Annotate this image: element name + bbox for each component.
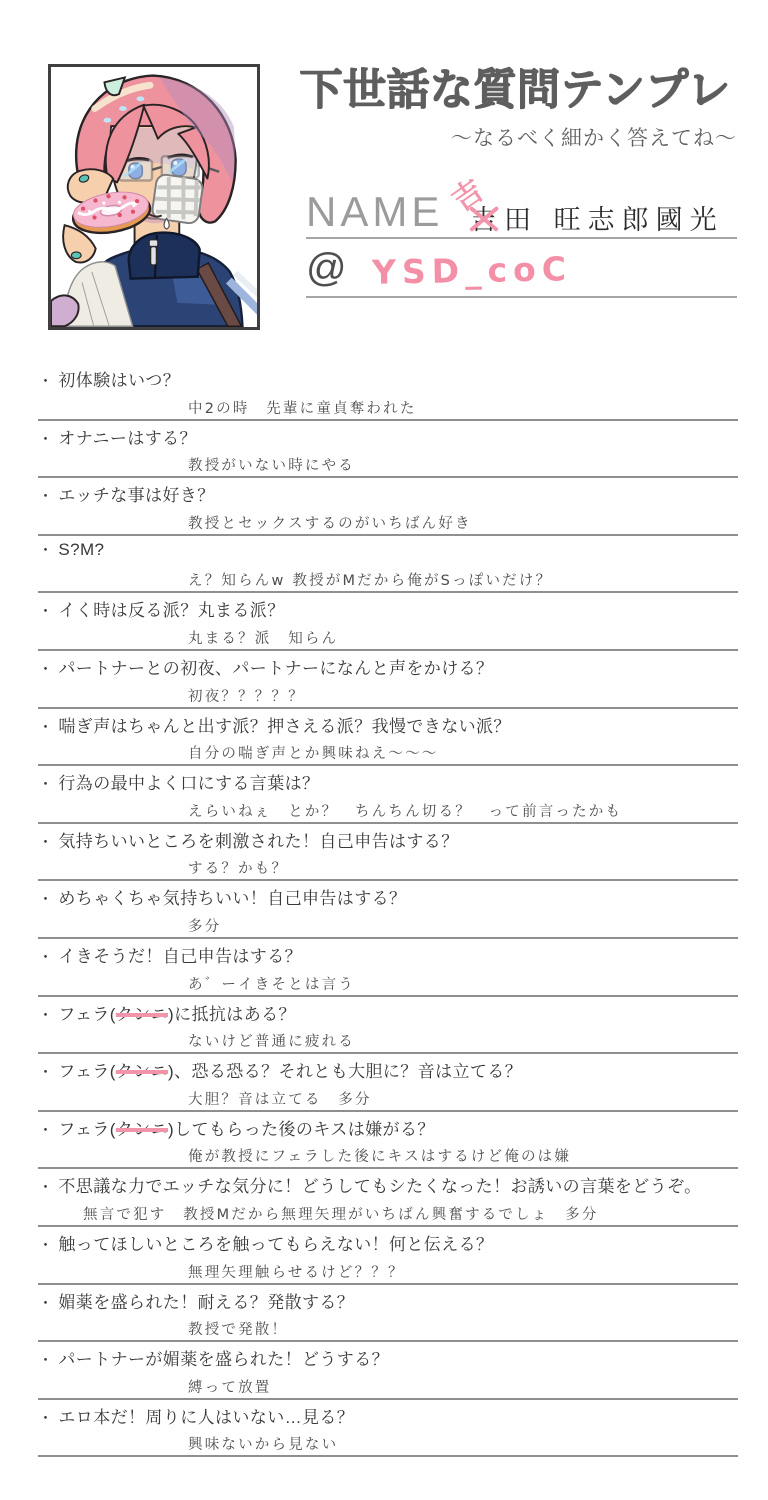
answer-line: えらいねぇ とか？ ちんちん切る？ って前言ったかも [38,804,738,820]
question-text: 喘ぎ声はちゃんと出す派？押さえる派？我慢できない派？ [58,712,510,737]
name-crossed-char: 吉 [470,198,504,237]
question-text: フェラ(クンニ)、恐る恐る？それとも大胆に？音は立てる？ [58,1057,522,1082]
qa-item: ・ フェラ(クンニ)に抵抗はある？ ないけど普通に疲れる [38,997,738,1055]
page-subtitle: 〜なるべく細かく答えてね〜 [451,122,737,152]
question-line: ・ 媚薬を盛られた！耐える？発散する？ [38,1288,738,1313]
question-text: オナニーはする？ [58,424,197,449]
answer-line: 自分の喘ぎ声とか興味ねえ〜〜〜 [38,746,738,762]
question-bullet: ・ [38,1292,53,1313]
answer-line: ないけど普通に疲れる [38,1034,738,1050]
question-text: フェラ(クンニ)に抵抗はある？ [58,1000,296,1025]
question-line: ・ 喘ぎ声はちゃんと出す派？押さえる派？我慢できない派？ [38,712,738,737]
answer-line: 教授で発散！ [38,1322,738,1338]
answer-text: する？かも？ [188,861,288,877]
qa-item: ・ 初体験はいつ？ 中2の時 先輩に童貞奪われた [38,363,738,421]
question-text: イきそうだ！自己申告はする？ [58,942,302,967]
answer-text: 中2の時 先輩に童貞奪われた [188,401,417,417]
answer-line: 初夜？？？？？ [38,689,738,705]
question-line: ・ イく時は反る派？丸まる派？ [38,596,738,621]
qa-item: ・ パートナーが媚薬を盛られた！どうする？ 縛って放置 [38,1342,738,1400]
name-rest: 田 旺志郎國光 [504,205,724,236]
question-bullet: ・ [38,1407,53,1428]
answer-text: 教授とセックスするのがいちばん好き [188,516,472,532]
question-pre: めちゃくちゃ気持ちいい！自己申告はする？ [58,889,406,908]
page-title: 下世話な質問テンプレ [299,56,744,117]
question-bullet: ・ [38,370,53,391]
question-pre: 初体験はいつ？ [58,371,180,390]
answer-text: 教授で発散！ [188,1322,288,1338]
qa-item: ・ エッチな事は好き？ 教授とセックスするのがいちばん好き [38,478,738,536]
answer-text: え？知らんw 教授がMだから俺がSっぽいだけ？ [188,573,552,589]
question-pre: エッチな事は好き？ [58,486,214,505]
name-value: 吉吉田 旺志郎國光 [470,198,724,237]
question-pre: 行為の最中よく口にする言葉は？ [58,774,319,793]
answer-line: する？かも？ [38,861,738,877]
question-pre: 媚薬を盛られた！耐える？発散する？ [58,1293,354,1312]
question-struck-text: クンニ [116,1120,168,1139]
answer-text: 教授がいない時にやる [188,458,355,474]
question-list: ・ 初体験はいつ？ 中2の時 先輩に童貞奪われた ・ オナニーはする？ 教授がい… [38,363,738,1457]
question-bullet: ・ [38,773,53,794]
question-bullet: ・ [38,716,53,737]
answer-line: 丸まる？派 知らん [38,631,738,647]
qa-item: ・ 触ってほしいところを触ってもらえない！何と伝える？ 無理矢理触らせるけど？？… [38,1227,738,1285]
answer-line: 多分 [38,919,738,935]
question-line: ・ S?M? [38,539,738,560]
question-post: )に抵抗はある？ [168,1005,296,1024]
question-line: ・ オナニーはする？ [38,424,738,449]
answer-text: 無理矢理触らせるけど？？？ [188,1265,405,1281]
question-pre: フェラ( [58,1062,115,1081]
question-text: パートナーとの初夜、パートナーになんと声をかける？ [58,654,493,679]
answer-line: あ゛ーイきそとは言う [38,977,738,993]
at-symbol: @ [306,246,347,291]
answer-text: 丸まる？派 知らん [188,631,338,647]
answer-text: 大胆？音は立てる 多分 [188,1092,372,1108]
answer-line: 中2の時 先輩に童貞奪われた [38,401,738,417]
answer-line: 教授がいない時にやる [38,458,738,474]
question-line: ・ 不思議な力でエッチな気分に！どうしてもシたくなった！お誘いの言葉をどうぞ。 [38,1172,738,1197]
question-bullet: ・ [38,1176,53,1197]
answer-line: 大胆？音は立てる 多分 [38,1092,738,1108]
question-pre: イきそうだ！自己申告はする？ [58,947,302,966]
question-bullet: ・ [38,1061,53,1082]
question-line: ・ エッチな事は好き？ [38,481,738,506]
question-text: 不思議な力でエッチな気分に！どうしてもシたくなった！お誘いの言葉をどうぞ。 [58,1172,701,1197]
qa-item: ・ 不思議な力でエッチな気分に！どうしてもシたくなった！お誘いの言葉をどうぞ。 … [38,1169,738,1227]
answer-text: 多分 [188,919,221,935]
question-bullet: ・ [38,888,53,909]
answer-line: 教授とセックスするのがいちばん好き [38,516,738,532]
question-bullet: ・ [38,1119,53,1140]
answer-text: あ゛ーイきそとは言う [188,977,355,993]
answer-text: 初夜？？？？？ [188,689,305,705]
qa-item: ・ パートナーとの初夜、パートナーになんと声をかける？ 初夜？？？？？ [38,651,738,709]
question-struck-text: クンニ [116,1005,168,1024]
question-text: 媚薬を盛られた！耐える？発散する？ [58,1288,354,1313]
question-bullet: ・ [38,946,53,967]
question-pre: エロ本だ！周りに人はいない…見る？ [58,1408,354,1427]
question-post: )してもらった後のキスは嫌がる？ [168,1120,435,1139]
qa-item: ・ 喘ぎ声はちゃんと出す派？押さえる派？我慢できない派？ 自分の喘ぎ声とか興味ね… [38,709,738,767]
question-line: ・ イきそうだ！自己申告はする？ [38,942,738,967]
qa-item: ・ 媚薬を盛られた！耐える？発散する？ 教授で発散！ [38,1285,738,1343]
question-text: イく時は反る派？丸まる派？ [58,596,284,621]
question-pre: 不思議な力でエッチな気分に！どうしてもシたくなった！お誘いの言葉をどうぞ。 [58,1177,701,1196]
character-portrait [48,64,260,330]
qa-item: ・ イきそうだ！自己申告はする？ あ゛ーイきそとは言う [38,939,738,997]
question-bullet: ・ [38,1349,53,1370]
question-line: ・ 行為の最中よく口にする言葉は？ [38,769,738,794]
question-text: 気持ちいいところを刺激された！自己申告はする？ [58,827,458,852]
question-bullet: ・ [38,600,53,621]
question-struck-text: クンニ [116,1062,168,1081]
question-pre: オナニーはする？ [58,429,197,448]
answer-text: 興味ないから見ない [188,1437,338,1453]
qa-item: ・ 気持ちいいところを刺激された！自己申告はする？ する？かも？ [38,824,738,882]
answer-text: 俺が教授にフェラした後にキスはするけど俺のは嫌 [188,1149,571,1165]
question-pre: 触ってほしいところを触ってもらえない！何と伝える？ [58,1235,493,1254]
question-bullet: ・ [38,428,53,449]
question-line: ・ フェラ(クンニ)に抵抗はある？ [38,1000,738,1025]
question-bullet: ・ [38,485,53,506]
qa-item: ・ イく時は反る派？丸まる派？ 丸まる？派 知らん [38,593,738,651]
question-line: ・ パートナーが媚薬を盛られた！どうする？ [38,1345,738,1370]
qa-item: ・ エロ本だ！周りに人はいない…見る？ 興味ないから見ない [38,1400,738,1458]
question-bullet: ・ [38,1004,53,1025]
answer-line: 無言で犯す 教授Mだから無理矢理がいちばん興奮するでしょ 多分 [38,1207,738,1223]
character-illustration [51,67,257,327]
question-text: パートナーが媚薬を盛られた！どうする？ [58,1345,389,1370]
qa-item: ・ めちゃくちゃ気持ちいい！自己申告はする？ 多分 [38,881,738,939]
handle-value: YSD_coC [372,249,573,291]
question-bullet: ・ [38,1234,53,1255]
question-line: ・ フェラ(クンニ)してもらった後のキスは嫌がる？ [38,1115,738,1140]
question-pre: S?M? [58,540,104,559]
question-post: )、恐る恐る？それとも大胆に？音は立てる？ [168,1062,522,1081]
question-line: ・ めちゃくちゃ気持ちいい！自己申告はする？ [38,884,738,909]
question-text: エロ本だ！周りに人はいない…見る？ [58,1403,354,1428]
answer-text: 自分の喘ぎ声とか興味ねえ〜〜〜 [188,746,439,762]
question-pre: フェラ( [58,1120,115,1139]
question-line: ・ フェラ(クンニ)、恐る恐る？それとも大胆に？音は立てる？ [38,1057,738,1082]
question-pre: フェラ( [58,1005,115,1024]
qa-item: ・ オナニーはする？ 教授がいない時にやる [38,421,738,479]
question-text: フェラ(クンニ)してもらった後のキスは嫌がる？ [58,1115,434,1140]
question-bullet: ・ [38,831,53,852]
question-pre: 喘ぎ声はちゃんと出す派？押さえる派？我慢できない派？ [58,717,510,736]
question-pre: イく時は反る派？丸まる派？ [58,601,284,620]
qa-item: ・ 行為の最中よく口にする言葉は？ えらいねぇ とか？ ちんちん切る？ って前言… [38,766,738,824]
name-corrected-wrap: 吉吉 [470,198,504,237]
questionnaire-sheet: 下世話な質問テンプレ 〜なるべく細かく答えてね〜 NAME 吉吉田 旺志郎國光 … [0,0,768,1500]
question-line: ・ パートナーとの初夜、パートナーになんと声をかける？ [38,654,738,679]
answer-line: 興味ないから見ない [38,1437,738,1453]
question-bullet: ・ [38,658,53,679]
question-text: めちゃくちゃ気持ちいい！自己申告はする？ [58,884,406,909]
answer-line: 縛って放置 [38,1380,738,1396]
question-pre: パートナーが媚薬を盛られた！どうする？ [58,1350,389,1369]
name-label: NAME [306,188,443,236]
answer-text: ないけど普通に疲れる [188,1034,355,1050]
question-text: 初体験はいつ？ [58,366,180,391]
question-text: エッチな事は好き？ [58,481,214,506]
answer-text: 無言で犯す 教授Mだから無理矢理がいちばん興奮するでしょ 多分 [83,1207,599,1223]
question-line: ・ 触ってほしいところを触ってもらえない！何と伝える？ [38,1230,738,1255]
question-line: ・ 気持ちいいところを刺激された！自己申告はする？ [38,827,738,852]
question-line: ・ エロ本だ！周りに人はいない…見る？ [38,1403,738,1428]
question-pre: 気持ちいいところを刺激された！自己申告はする？ [58,832,458,851]
answer-text: えらいねぇ とか？ ちんちん切る？ って前言ったかも [188,804,622,820]
name-underline [306,237,737,239]
question-text: 行為の最中よく口にする言葉は？ [58,769,319,794]
question-text: 触ってほしいところを触ってもらえない！何と伝える？ [58,1230,493,1255]
handle-underline [306,296,737,298]
qa-item: ・ S?M? え？知らんw 教授がMだから俺がSっぽいだけ？ [38,536,738,594]
qa-item: ・ フェラ(クンニ)、恐る恐る？それとも大胆に？音は立てる？ 大胆？音は立てる … [38,1054,738,1112]
question-line: ・ 初体験はいつ？ [38,366,738,391]
answer-line: 俺が教授にフェラした後にキスはするけど俺のは嫌 [38,1149,738,1165]
answer-text: 縛って放置 [188,1380,272,1396]
qa-item: ・ フェラ(クンニ)してもらった後のキスは嫌がる？ 俺が教授にフェラした後にキス… [38,1112,738,1170]
answer-line: え？知らんw 教授がMだから俺がSっぽいだけ？ [38,573,738,589]
answer-line: 無理矢理触らせるけど？？？ [38,1265,738,1281]
question-bullet: ・ [38,539,53,560]
question-text: S?M? [58,540,104,560]
question-pre: パートナーとの初夜、パートナーになんと声をかける？ [58,659,493,678]
